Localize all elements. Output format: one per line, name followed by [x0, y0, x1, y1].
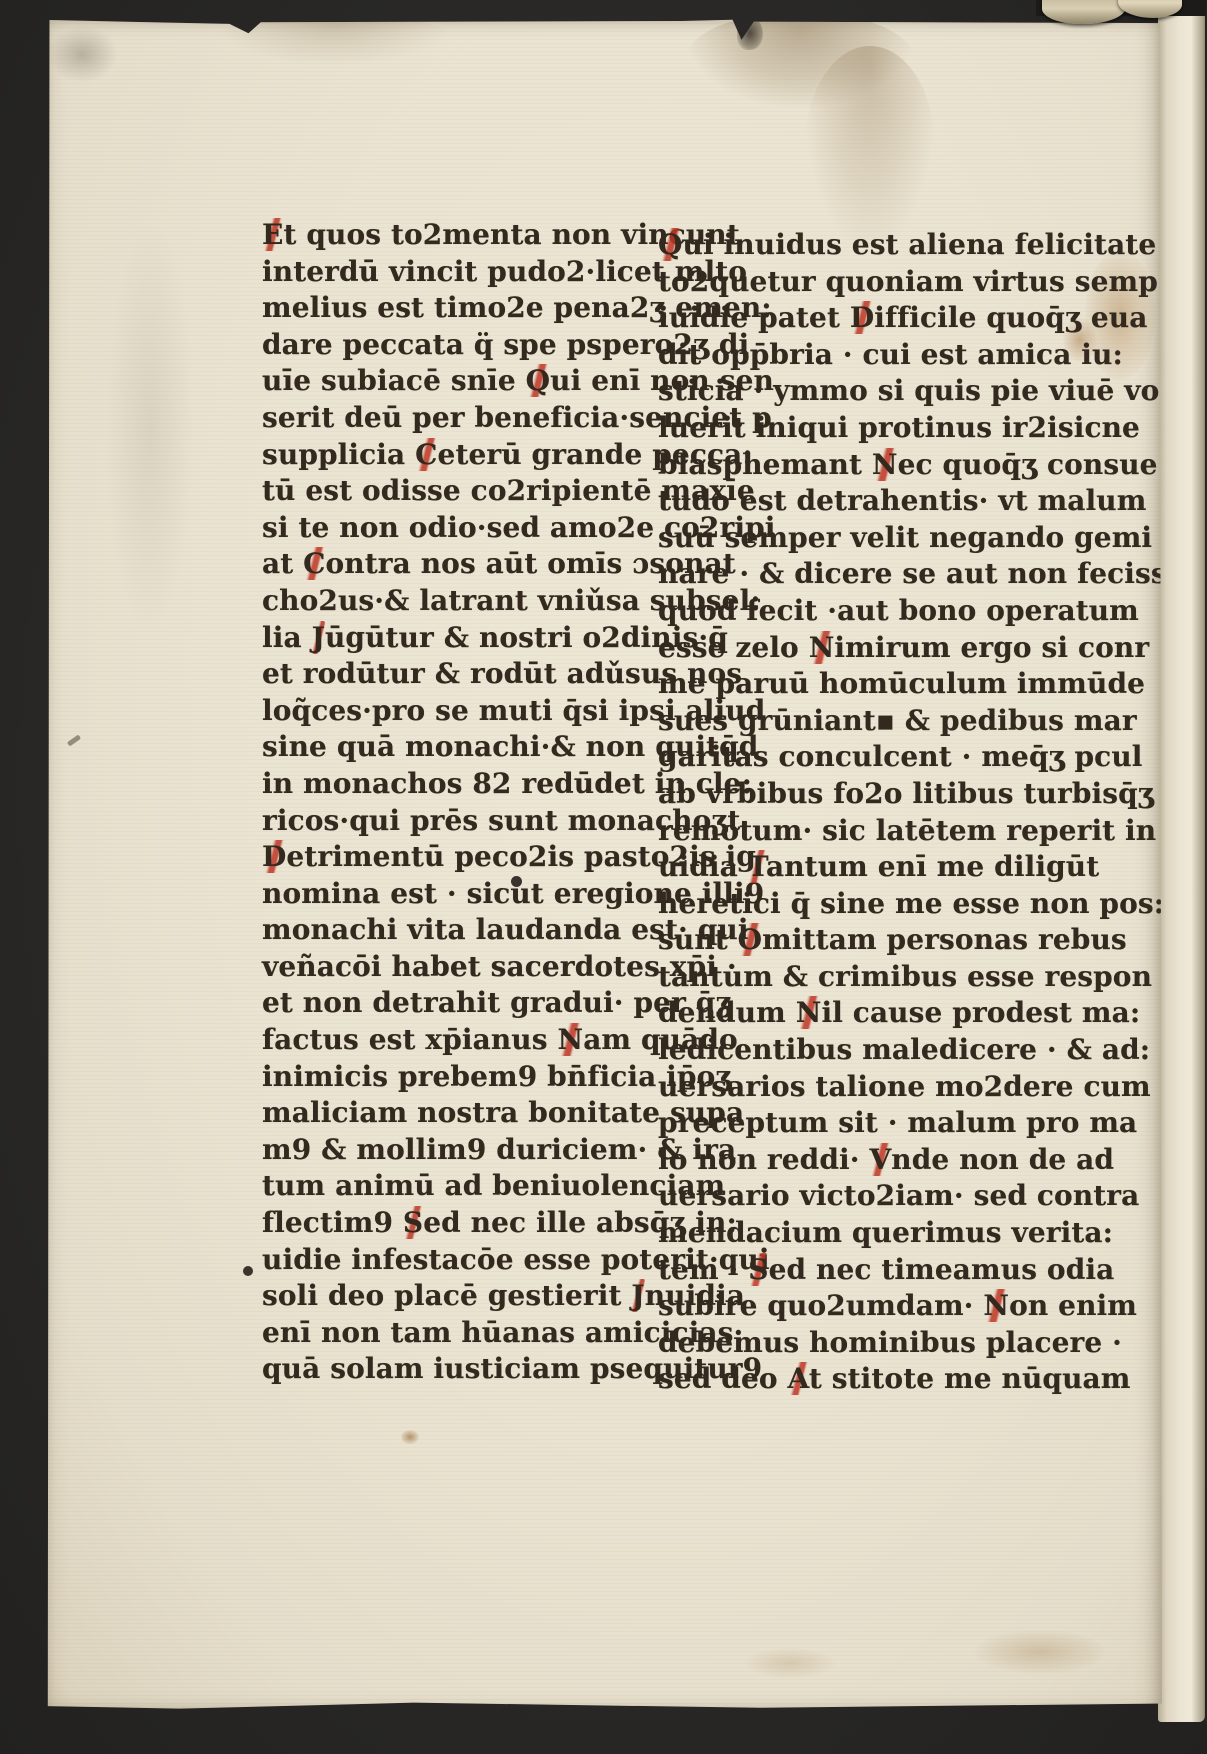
line-text: nde non de ad [891, 1143, 1114, 1176]
text-line: in monachos 82 redūdet in cle: [262, 766, 615, 803]
line-text: uīe subiacē snīe [262, 364, 526, 397]
line-text: on enim [1009, 1289, 1137, 1322]
text-line: heretici q̄ sine me esse non pos: [658, 886, 998, 923]
line-text: iuidie patet [658, 301, 850, 334]
line-text: ec quoq̄ʒ consue [898, 448, 1158, 481]
text-line: to2quetur quoniam virtus semp [658, 264, 998, 301]
stain [243, 1266, 253, 1276]
text-line: ricos·qui prēs sunt monachoʒt [262, 803, 615, 840]
line-text: dit opp̄bria · cui est amica iu: [658, 338, 1123, 371]
text-line: dare peccata q̈ spe pspero2ʒ di [262, 327, 615, 364]
text-line: lia Jūgūtur & nostri o2dinis·q̄ [262, 620, 615, 657]
text-line: inimicis prebem9 bn̄ficia ip̄oʒ [262, 1059, 615, 1096]
text-line: cho2us·& latrant vniǔsa subsel: [262, 583, 615, 620]
text-line: Qui inuidus est aliena felicitate [658, 227, 998, 264]
text-line: sed deo At stitote me nūquam [658, 1361, 998, 1398]
stain [685, 12, 915, 108]
text-line: suū semper velit negando gemi [658, 520, 998, 557]
text-line: tudo est detrahentis· vt malum [658, 483, 998, 520]
text-line: sticia · ymmo si quis pie viuē vo [658, 373, 998, 410]
rubricated-initial: J [631, 1279, 644, 1312]
rubricated-initial: N [983, 1289, 1009, 1322]
rubricated-initial: E [262, 218, 283, 251]
line-text: ifficile quoq̄ʒ eua [874, 301, 1147, 334]
line-text: t stitote me nūquam [809, 1362, 1131, 1395]
text-line: Detrimentū peco2is pasto2is ig [262, 839, 615, 876]
line-text: supplicia [262, 438, 415, 471]
line-text: lo non reddi· [658, 1143, 869, 1176]
line-text: sunt [658, 923, 738, 956]
text-line: nomina est · sicut eregione illi9 [262, 876, 615, 913]
line-text: esse zelo [658, 631, 809, 664]
text-column-left: Et quos to2menta non vincuntinterdū vinc… [262, 217, 615, 1388]
text-line: tem · Sed nec timeamus odia [658, 1252, 998, 1289]
scan-background: Et quos to2menta non vincuntinterdū vinc… [0, 0, 1207, 1754]
text-line: subire quo2umdam· Non enim [658, 1288, 998, 1325]
text-line: nare · & dicere se aut non fecisse [658, 556, 998, 593]
line-text: factus est xp̄ianus [262, 1023, 557, 1056]
rubricated-initial: C [415, 438, 437, 471]
text-line: tū est odisse co2ripientē maxīe [262, 473, 615, 510]
text-line: preceptum sit · malum pro ma [658, 1105, 998, 1142]
rubricated-initial: S [748, 1253, 768, 1286]
line-text: lia [262, 621, 312, 654]
stain [67, 734, 81, 746]
rubricated-initial: C [303, 547, 325, 580]
line-text: nare · & dicere se aut non fecisse [658, 557, 1185, 590]
line-text: heretici q̄ sine me esse non pos: [658, 887, 1164, 920]
rubricated-initial: T [748, 850, 766, 883]
line-text: ledicentibus maledicere · & ad: [658, 1033, 1150, 1066]
manuscript-page: Et quos to2menta non vincuntinterdū vinc… [45, 18, 1163, 1712]
stain [215, 14, 455, 66]
stain [47, 26, 117, 82]
line-text: sues grūniant▪ & pedibus mar [658, 704, 1137, 737]
text-line: quod fecit ·aut bono operatum [658, 593, 998, 630]
page-corner-curl [1042, 0, 1126, 24]
rubricated-initial: Q [658, 228, 683, 261]
rubricated-initial: Q [526, 364, 551, 397]
rubricated-initial: V [869, 1143, 891, 1176]
text-line: garitas conculcent · meq̄ʒ pcul [658, 739, 998, 776]
stain [401, 1430, 419, 1444]
text-line: tantum & crimibus esse respon [658, 959, 998, 996]
rubricated-initial: N [557, 1023, 583, 1056]
text-line: Et quos to2menta non vincunt [262, 217, 615, 254]
text-line: si te non odio·sed amo2e co2ripi [262, 510, 615, 547]
line-text: luerit iniqui protinus ir2isicne [658, 411, 1140, 444]
line-text: suū semper velit negando gemi [658, 521, 1152, 554]
text-line: uersario victo2iam· sed contra [658, 1178, 998, 1215]
stain [737, 16, 763, 50]
line-text: remotum· sic latētem reperit in [658, 814, 1156, 847]
text-line: flectim9 Sed nec ille absq̄ʒ in: [262, 1205, 615, 1242]
text-line: ledicentibus maledicere · & ad: [658, 1032, 998, 1069]
rubricated-initial: A [788, 1362, 809, 1395]
line-text: sed deo [658, 1362, 788, 1395]
text-line: sues grūniant▪ & pedibus mar [658, 703, 998, 740]
text-line: remotum· sic latētem reperit in [658, 813, 998, 850]
rubricated-initial: S [403, 1206, 423, 1239]
text-line: lo non reddi· Vnde non de ad [658, 1142, 998, 1179]
text-line: debemus hominibus placere · [658, 1325, 998, 1362]
line-text: debemus hominibus placere · [658, 1326, 1122, 1359]
text-line: quā solam iusticiam psequitur9 [262, 1351, 615, 1388]
text-line: interdū vincit pudo2·licet mlto [262, 254, 615, 291]
stain [805, 46, 935, 246]
text-line: et non detrahit gradui· per q̄ʒ [262, 985, 615, 1022]
line-text: uersarios talione mo2dere cum [658, 1070, 1151, 1103]
line-text: antum enī me diligūt [766, 850, 1099, 883]
rubricated-initial: D [262, 840, 286, 873]
text-line: serit deū per beneficia·senciet p [262, 400, 615, 437]
text-line: luerit iniqui protinus ir2isicne [658, 410, 998, 447]
rubricated-initial: N [796, 996, 822, 1029]
text-line: monachi vita laudanda est· qui [262, 912, 615, 949]
line-text: mittam personas rebus [762, 923, 1127, 956]
text-line: veñacōi habet sacerdotes xp̄i · [262, 949, 615, 986]
text-line: melius est timo2e pena2ʒ emen: [262, 290, 615, 327]
rubricated-initial: J [312, 621, 325, 654]
rubricated-initial: N [872, 448, 898, 481]
line-text: ui inuidus est aliena felicitate [683, 228, 1157, 261]
line-text: blasphemant [658, 448, 872, 481]
text-line: uidia Tantum enī me diligūt [658, 849, 998, 886]
line-text: ab vrbibus fo2o litibus turbisq̄ʒ [658, 777, 1154, 810]
text-line: mendacium querimus verita: [658, 1215, 998, 1252]
text-line: soli deo placē gestierit Jnuidia [262, 1278, 615, 1315]
line-text: sticia · ymmo si quis pie viuē vo [658, 374, 1159, 407]
text-line: esse zelo Nimirum ergo si conr [658, 630, 998, 667]
line-text: garitas conculcent · meq̄ʒ pcul [658, 740, 1143, 773]
line-text: il cause prodest ma: [821, 996, 1140, 1029]
line-text: ed nec timeamus odia [769, 1253, 1115, 1286]
line-text: preceptum sit · malum pro ma [658, 1106, 1137, 1139]
text-line: uidie infestacōe esse poterit·qui [262, 1242, 615, 1279]
line-text: uersario victo2iam· sed contra [658, 1179, 1139, 1212]
text-line: uersarios talione mo2dere cum [658, 1069, 998, 1106]
line-text: tem · [658, 1253, 748, 1286]
text-line: maliciam nostra bonitate supa [262, 1095, 615, 1132]
text-line: at Contra nos aūt omīs ɔsonat [262, 546, 615, 583]
text-line: dit opp̄bria · cui est amica iu: [658, 337, 998, 374]
text-line: iuidie patet Difficile quoq̄ʒ eua [658, 300, 998, 337]
line-text: tudo est detrahentis· vt malum [658, 484, 1146, 517]
text-line: ab vrbibus fo2o litibus turbisq̄ʒ [658, 776, 998, 813]
line-text: uidia [658, 850, 748, 883]
rubricated-initial: D [850, 301, 874, 334]
line-text: subire quo2umdam· [658, 1289, 983, 1322]
underlying-page-edge [1158, 6, 1205, 1722]
line-text: quod fecit ·aut bono operatum [658, 594, 1139, 627]
text-line: uīe subiacē snīe Qui enī non sen [262, 363, 615, 400]
text-line: dendum Nil cause prodest ma: [658, 995, 998, 1032]
text-line: supplicia Ceterū grande pecca: [262, 437, 615, 474]
stain [745, 1648, 835, 1678]
rubricated-initial: O [738, 923, 763, 956]
line-text: to2quetur quoniam virtus semp [658, 265, 1158, 298]
line-text: soli deo placē gestierit [262, 1279, 631, 1312]
text-line: loq̃ces·pro se muti q̄si ipsi aliud [262, 693, 615, 730]
rubricated-initial: N [809, 631, 835, 664]
line-text: tantum & crimibus esse respon [658, 960, 1152, 993]
text-line: factus est xp̄ianus Nam quādo [262, 1022, 615, 1059]
stain [105, 218, 195, 638]
line-text: imirum ergo si conr [834, 631, 1149, 664]
text-column-right: Qui inuidus est aliena felicitateto2quet… [658, 227, 998, 1398]
line-text: dendum [658, 996, 796, 1029]
text-line: sunt Omittam personas rebus [658, 922, 998, 959]
line-text: mendacium querimus verita: [658, 1216, 1113, 1249]
text-line: m9 & mollim9 duriciem· & ira [262, 1132, 615, 1169]
text-line: enī non tam hūanas amicicias· [262, 1315, 615, 1352]
text-line: sine quā monachi·& non quitq̄d [262, 729, 615, 766]
text-line: blasphemant Nec quoq̄ʒ consue [658, 447, 998, 484]
text-line: me paruū homūculum immūde [658, 666, 998, 703]
line-text: me paruū homūculum immūde [658, 667, 1145, 700]
line-text: flectim9 [262, 1206, 403, 1239]
text-line: tum animū ad beniuolenciam [262, 1168, 615, 1205]
line-text: tum animū ad beniuolenciam [262, 1169, 725, 1202]
line-text: at [262, 547, 303, 580]
stain [975, 1630, 1105, 1674]
text-line: et rodūtur & rodūt adǔsus nos [262, 656, 615, 693]
